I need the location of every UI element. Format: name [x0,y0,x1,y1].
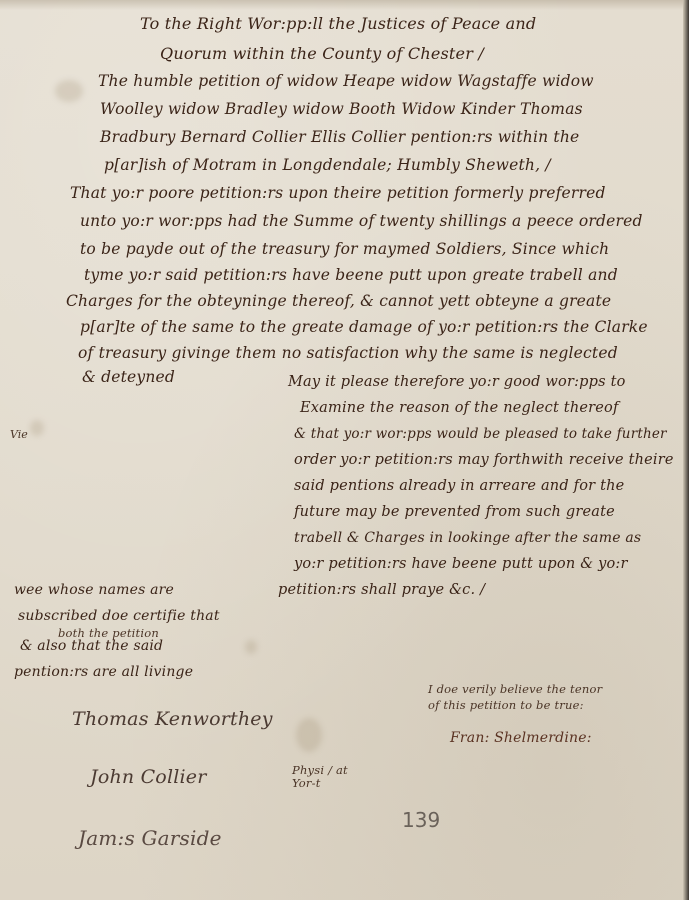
intro-line: Woolley widow Bradley widow Booth Widow … [100,100,583,118]
prayer-line: order yo:r petition:rs may forthwith rec… [294,452,674,468]
paper-stain [296,718,322,752]
body-line: Charges for the obteyninge thereof, & ca… [66,292,611,310]
body-line: unto yo:r wor:pps had the Summe of twent… [80,212,643,230]
attestation-line: of this petition to be true: [428,698,584,712]
intro-line: The humble petition of widow Heape widow… [98,72,594,90]
address-line: Quorum within the County of Chester / [160,44,484,63]
certification-line: subscribed doe certifie that [18,608,220,624]
prayer-line: & that yo:r wor:pps would be pleased to … [294,426,667,442]
signature-kenworthey: Thomas Kenworthey [72,708,273,730]
margin-note: Vie [10,428,28,441]
certification-line: wee whose names are [14,582,174,598]
address-line: To the Right Wor:pp:ll the Justices of P… [140,14,536,33]
signature-note: Physi / at Yor-t [292,764,362,790]
signature-garside: Jam:s Garside [78,826,222,850]
intro-line: Bradbury Bernard Collier Ellis Collier p… [100,128,579,146]
attestation-line: I doe verily believe the tenor [428,682,602,696]
body-line: of treasury givinge them no satisfaction… [78,344,618,362]
attestation-signature: Fran: Shelmerdine: [450,730,592,746]
prayer-line: said pentions already in arreare and for… [294,478,624,494]
prayer-line: Examine the reason of the neglect thereo… [300,400,619,416]
prayer-line: trabell & Charges in lookinge after the … [294,530,641,546]
certification-line: & also that the said [20,638,163,654]
paper-stain [55,80,83,102]
manuscript-page: To the Right Wor:pp:ll the Justices of P… [0,0,689,900]
body-line: p[ar]te of the same to the greate damage… [80,318,648,336]
signature-collier: John Collier [90,766,207,788]
certification-line: pention:rs are all livinge [14,664,193,680]
prayer-line: May it please therefore yo:r good wor:pp… [288,374,626,390]
paper-stain [30,420,44,436]
intro-line: p[ar]ish of Motram in Longdendale; Humbl… [104,156,551,174]
prayer-line: future may be prevented from such greate [294,504,615,520]
prayer-line: petition:rs shall praye &c. / [278,582,485,598]
body-line: tyme yo:r said petition:rs have beene pu… [84,266,618,284]
body-line: That yo:r poore petition:rs upon theire … [70,184,606,202]
body-line: to be payde out of the treasury for maym… [80,240,609,258]
page-right-edge [683,0,689,900]
prayer-line: yo:r petition:rs have beene putt upon & … [294,556,628,572]
page-top-shadow [0,0,689,10]
body-line: & deteyned [82,368,175,386]
paper-stain [245,640,257,654]
folio-number: 139 [402,808,440,832]
